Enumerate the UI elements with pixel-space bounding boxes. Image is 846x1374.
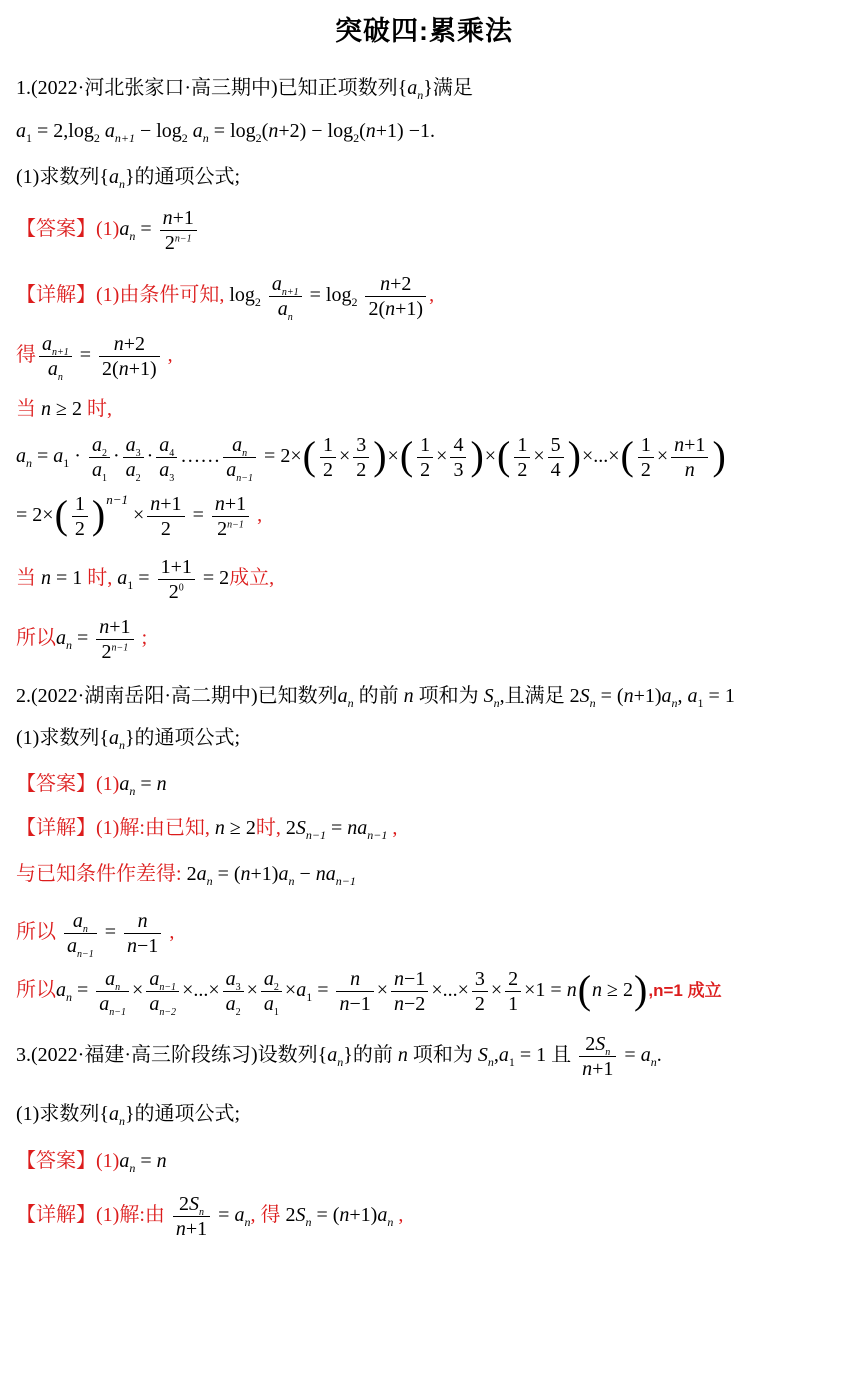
math-variable: a bbox=[16, 445, 26, 467]
fraction: nn−1 bbox=[124, 910, 161, 957]
math-variable: a bbox=[67, 935, 77, 957]
problem1-solution-step2: 得an+1an = n+22(n+1) , bbox=[16, 333, 832, 380]
text-run: × bbox=[533, 445, 544, 467]
math-variable: a bbox=[296, 979, 306, 1001]
problem2-product-formula: 所以an = anan−1×an−1an−2×...×a3a2×a2a1×a1 … bbox=[16, 968, 832, 1015]
math-variable: a bbox=[641, 1044, 651, 1066]
fraction: 54 bbox=[548, 434, 564, 481]
text-run: 3 bbox=[356, 434, 366, 456]
problem2-answer-line: 【答案】(1)an = n bbox=[16, 771, 832, 797]
subscript: 2 bbox=[255, 295, 261, 309]
fraction: n+12n−1 bbox=[96, 616, 133, 663]
math-variable: n bbox=[215, 493, 225, 515]
text-run: , bbox=[393, 1204, 403, 1226]
fraction-denominator: a2 bbox=[123, 458, 144, 481]
text-run: 项和为 bbox=[408, 1044, 478, 1066]
fraction-denominator: a3 bbox=[156, 458, 177, 481]
problem1-solution-step1: 【详解】(1)由条件可知, log2 an+1an = log2 n+22(n+… bbox=[16, 273, 832, 320]
fraction-denominator: an−1 bbox=[64, 934, 97, 957]
text-run: = ( bbox=[213, 863, 241, 885]
text-run: 【详解】(1)由条件可知, bbox=[16, 284, 229, 306]
big-paren: ( bbox=[400, 433, 413, 478]
math-variable: n bbox=[567, 979, 577, 1001]
math-variable: a bbox=[226, 993, 236, 1015]
fraction-denominator: n−1 bbox=[124, 934, 161, 957]
text-run: +1) bbox=[129, 358, 157, 380]
subscript: 2 bbox=[182, 131, 188, 145]
text-run: 2 bbox=[161, 518, 171, 540]
math-variable: a bbox=[226, 459, 236, 481]
fraction: 21 bbox=[505, 968, 521, 1015]
math-variable: a bbox=[119, 1150, 129, 1172]
fraction: n+12 bbox=[147, 493, 184, 540]
subscript: 1 bbox=[274, 1007, 279, 1018]
big-paren: ) bbox=[92, 492, 105, 537]
fraction-numerator: n+1 bbox=[671, 434, 708, 458]
fraction-numerator: 1 bbox=[320, 434, 336, 458]
text-run: { bbox=[318, 1044, 328, 1066]
fraction-denominator: an−1 bbox=[223, 458, 256, 481]
math-variable: a bbox=[234, 1204, 244, 1226]
fraction-numerator: 3 bbox=[472, 968, 488, 992]
fraction-numerator: n−1 bbox=[391, 968, 428, 992]
text-run: log bbox=[229, 284, 255, 306]
text-run: −1 bbox=[404, 968, 425, 990]
text-run: 3 bbox=[475, 968, 485, 990]
text-run: 与已知条件作差得: bbox=[16, 863, 187, 885]
fraction-numerator: 2 bbox=[505, 968, 521, 992]
big-paren: ( bbox=[578, 967, 591, 1012]
math-variable: n bbox=[624, 685, 634, 707]
text-run: × bbox=[132, 979, 143, 1001]
math-variable: a bbox=[99, 993, 109, 1015]
text-run: = bbox=[135, 218, 156, 240]
math-variable: a bbox=[149, 968, 159, 990]
fraction: an+1an bbox=[39, 333, 72, 380]
text-run: 2 bbox=[187, 863, 197, 885]
text-run: . bbox=[657, 1044, 662, 1066]
fraction: 1+120 bbox=[158, 556, 195, 603]
text-run: , bbox=[387, 817, 397, 839]
text-run: = bbox=[619, 1044, 640, 1066]
page-title: 突破四:累乘法 bbox=[16, 14, 832, 49]
text-run: 【详解】(1)解:由已知, bbox=[16, 817, 215, 839]
text-run: −1 bbox=[349, 993, 370, 1015]
text-run: = bbox=[326, 817, 347, 839]
fraction-denominator: an bbox=[39, 357, 72, 380]
fraction: n+1n bbox=[671, 434, 708, 481]
fraction-numerator: 4 bbox=[450, 434, 466, 458]
math-variable: n bbox=[41, 567, 51, 589]
fraction: a2a1 bbox=[261, 968, 282, 1015]
text-run: , bbox=[429, 284, 434, 306]
text-run: 1 bbox=[641, 434, 651, 456]
math-variable: a bbox=[126, 434, 136, 456]
text-run: , bbox=[164, 921, 174, 943]
text-run: × bbox=[339, 445, 350, 467]
text-run: 的通项公式; bbox=[135, 1103, 241, 1125]
text-run: 1.(2022·河北张家口·高三期中)已知正项数列 bbox=[16, 77, 398, 99]
text-run: +2 bbox=[390, 273, 411, 295]
text-run: = bbox=[312, 979, 333, 1001]
math-variable: S bbox=[478, 1044, 488, 1066]
text-run: 2.(2022·湖南岳阳·高二期中)已知数列 bbox=[16, 685, 338, 707]
fraction: 12 bbox=[638, 434, 654, 481]
subscript: 2 bbox=[136, 473, 141, 484]
text-run: − bbox=[294, 863, 315, 885]
math-variable: n bbox=[339, 1204, 349, 1226]
math-variable: S bbox=[580, 685, 590, 707]
text-run: 1 bbox=[323, 434, 333, 456]
fraction: 12 bbox=[72, 493, 88, 540]
problem1-question: (1)求数列{an}的通项公式; bbox=[16, 164, 832, 190]
text-run: 1 bbox=[75, 493, 85, 515]
text-run: +2 bbox=[124, 333, 145, 355]
text-run: , bbox=[252, 504, 262, 526]
problem1-conclusion: 所以an = n+12n−1 ; bbox=[16, 616, 832, 663]
math-variable: a bbox=[377, 1204, 387, 1226]
text-run: , 得 bbox=[250, 1204, 280, 1226]
fraction-denominator: 2(n+1) bbox=[365, 297, 426, 320]
subscript: n−2 bbox=[159, 1007, 176, 1018]
fraction: 12 bbox=[514, 434, 530, 481]
text-run: (1) bbox=[96, 218, 119, 240]
math-variable: a bbox=[56, 627, 66, 649]
text-run: (1)求数列 bbox=[16, 166, 99, 188]
fraction-denominator: a2 bbox=[223, 992, 244, 1015]
fraction-numerator: a4 bbox=[156, 434, 177, 458]
math-variable: n bbox=[163, 207, 173, 229]
text-run: 的前 bbox=[353, 1044, 398, 1066]
text-run: 2 bbox=[420, 459, 430, 481]
math-variable: a bbox=[16, 120, 26, 142]
text-run: = 1 bbox=[704, 685, 735, 707]
subscript: n bbox=[288, 312, 293, 323]
text-run: 3 bbox=[453, 459, 463, 481]
fraction: n+12n−1 bbox=[212, 493, 249, 540]
math-variable: n bbox=[366, 120, 376, 142]
math-variable: a bbox=[109, 166, 119, 188]
math-variable: n bbox=[339, 993, 349, 1015]
fraction-denominator: 1 bbox=[505, 992, 521, 1015]
text-run: 2 bbox=[179, 1193, 189, 1215]
text-run: (1) bbox=[96, 773, 119, 795]
math-variable: a bbox=[56, 979, 66, 1001]
text-run: 2( bbox=[368, 298, 385, 320]
text-run: 所以 bbox=[16, 921, 61, 943]
text-run: (1) bbox=[96, 1150, 119, 1172]
math-variable: a bbox=[92, 434, 102, 456]
math-variable: n bbox=[385, 298, 395, 320]
math-variable: S bbox=[295, 1204, 305, 1226]
subscript: n−1 bbox=[236, 473, 253, 484]
fraction: n+22(n+1) bbox=[99, 333, 160, 380]
superscript: n−1 bbox=[175, 233, 192, 244]
fraction-denominator: n+1 bbox=[579, 1057, 616, 1080]
text-run: 1+1 bbox=[161, 556, 192, 578]
text-run: = 1 bbox=[51, 567, 87, 589]
fraction-denominator: 2 bbox=[147, 517, 184, 540]
math-variable: na bbox=[316, 863, 336, 885]
fraction-numerator: an bbox=[64, 910, 97, 934]
text-run: = log bbox=[305, 284, 352, 306]
fraction: a2a1 bbox=[89, 434, 110, 481]
text-run: 2 bbox=[102, 641, 112, 663]
superscript: n−1 bbox=[112, 642, 129, 653]
text-run: (1)求数列 bbox=[16, 1103, 99, 1125]
problem2-solution-step2: 与已知条件作差得: 2an = (n+1)an − nan−1 bbox=[16, 861, 832, 887]
text-run: ,n=1 成立 bbox=[648, 981, 721, 1000]
fraction-numerator: n+1 bbox=[96, 616, 133, 640]
text-run: 成立, bbox=[229, 567, 274, 589]
text-run: +1) bbox=[634, 685, 662, 707]
problem3-answer-line: 【答案】(1)an = n bbox=[16, 1148, 832, 1174]
text-run: 3.(2022·福建·高三阶段练习)设数列 bbox=[16, 1044, 318, 1066]
text-run: 满足 bbox=[433, 77, 473, 99]
math-variable: a bbox=[232, 434, 242, 456]
text-run: × bbox=[285, 979, 296, 1001]
text-run: +1) −1 bbox=[376, 120, 430, 142]
text-run: ×...× bbox=[582, 445, 620, 467]
fraction-denominator: 2 bbox=[514, 458, 530, 481]
math-variable: a bbox=[327, 1044, 337, 1066]
text-run: …… bbox=[180, 445, 220, 467]
math-variable: n bbox=[150, 493, 160, 515]
math-variable: n bbox=[41, 398, 51, 420]
math-variable: a bbox=[278, 298, 288, 320]
fraction-numerator: a2 bbox=[261, 968, 282, 992]
fraction-numerator: n+2 bbox=[365, 273, 426, 297]
text-run: 2 bbox=[508, 968, 518, 990]
text-run: 2 bbox=[280, 1204, 295, 1226]
text-run: 2 bbox=[75, 518, 85, 540]
fraction: a4a3 bbox=[156, 434, 177, 481]
subscript: n−1 bbox=[109, 1007, 126, 1018]
math-variable: S bbox=[296, 817, 306, 839]
text-run: +1 bbox=[592, 1058, 613, 1080]
text-run: = 2, bbox=[32, 120, 68, 142]
math-variable: n bbox=[674, 434, 684, 456]
fraction-numerator: an+1 bbox=[39, 333, 72, 357]
fraction-numerator: an bbox=[96, 968, 129, 992]
fraction: an−1an−2 bbox=[146, 968, 179, 1015]
fraction-denominator: n−1 bbox=[336, 992, 373, 1015]
math-variable: a bbox=[109, 1103, 119, 1125]
text-run: 1 bbox=[420, 434, 430, 456]
text-run: ; bbox=[137, 627, 148, 649]
text-run: { bbox=[99, 727, 109, 749]
text-run: × bbox=[128, 504, 144, 526]
math-variable: n bbox=[582, 1058, 592, 1080]
problem1-case-n-ge-2: 当 n ≥ 2 时, bbox=[16, 396, 832, 422]
math-variable: n bbox=[99, 616, 109, 638]
text-run: (1)求数列 bbox=[16, 727, 99, 749]
fraction-numerator: 1 bbox=[417, 434, 433, 458]
math-variable: a bbox=[159, 459, 169, 481]
worksheet-page: 突破四:累乘法 1.(2022·河北张家口·高三期中)已知正项数列{an}满足 … bbox=[0, 0, 846, 1264]
fraction-numerator: n+1 bbox=[212, 493, 249, 517]
text-run: +1 bbox=[173, 207, 194, 229]
text-run: } bbox=[125, 727, 135, 749]
text-run: ×...× bbox=[182, 979, 220, 1001]
subscript: n−1 bbox=[336, 874, 356, 888]
problem1-given-formula: a1 = 2,log2 an+1 − log2 an = log2(n+2) −… bbox=[16, 118, 832, 144]
fraction: anan−1 bbox=[96, 968, 129, 1015]
fraction: 12 bbox=[417, 434, 433, 481]
superscript: n−1 bbox=[227, 519, 244, 530]
text-run: +1 bbox=[684, 434, 705, 456]
text-run: 的通项公式; bbox=[135, 166, 241, 188]
big-paren: ( bbox=[621, 433, 634, 478]
text-run: = bbox=[133, 567, 154, 589]
fraction-numerator: n+1 bbox=[160, 207, 197, 231]
math-variable: a bbox=[53, 445, 63, 467]
math-variable: a bbox=[193, 120, 203, 142]
text-run: } bbox=[125, 1103, 135, 1125]
text-run: ,且满足 2 bbox=[500, 685, 580, 707]
fraction: 2Snn+1 bbox=[579, 1033, 616, 1080]
text-run: × bbox=[388, 445, 399, 467]
fraction-denominator: a1 bbox=[261, 992, 282, 1015]
fraction-denominator: 2 bbox=[638, 458, 654, 481]
text-run: = bbox=[72, 627, 93, 649]
fraction-numerator: 2Sn bbox=[173, 1193, 210, 1217]
math-variable: a bbox=[278, 863, 288, 885]
math-variable: a bbox=[407, 77, 417, 99]
fraction-numerator: an+1 bbox=[269, 273, 302, 297]
text-run: 【详解】(1)解:由 bbox=[16, 1204, 170, 1226]
math-variable: n bbox=[176, 1218, 186, 1240]
math-variable: a bbox=[109, 727, 119, 749]
math-variable: a bbox=[126, 459, 136, 481]
math-variable: a bbox=[662, 685, 672, 707]
text-run: +1 bbox=[109, 616, 130, 638]
text-run: , bbox=[678, 685, 688, 707]
text-run: = 2 bbox=[198, 567, 229, 589]
text-run bbox=[261, 284, 266, 306]
text-run: . bbox=[430, 120, 435, 142]
problem1-heading: 1.(2022·河北张家口·高三期中)已知正项数列{an}满足 bbox=[16, 75, 832, 101]
text-run: −2 bbox=[404, 993, 425, 1015]
fraction-numerator: n+1 bbox=[147, 493, 184, 517]
math-variable: S bbox=[484, 685, 494, 707]
text-run: × bbox=[485, 445, 496, 467]
fraction-denominator: 2 bbox=[320, 458, 336, 481]
subscript: n−1 bbox=[77, 949, 94, 960]
subscript: 1 bbox=[102, 473, 107, 484]
text-run: = ( bbox=[596, 685, 624, 707]
fraction: anan−1 bbox=[223, 434, 256, 481]
text-run: 项和为 bbox=[414, 685, 484, 707]
subscript: n+1 bbox=[115, 131, 135, 145]
problem1-answer-line: 【答案】(1)an = n+12n−1 bbox=[16, 207, 832, 254]
fraction-numerator: 3 bbox=[353, 434, 369, 458]
text-run: = 2× bbox=[16, 504, 54, 526]
text-run: log bbox=[68, 120, 94, 142]
math-variable: a bbox=[149, 993, 159, 1015]
text-run: +1 bbox=[160, 493, 181, 515]
text-run: −1 bbox=[137, 935, 158, 957]
text-run: +1) bbox=[395, 298, 423, 320]
text-run: 4 bbox=[551, 459, 561, 481]
text-run: 所以 bbox=[16, 627, 56, 649]
text-run: · bbox=[69, 445, 86, 467]
fraction: 12 bbox=[320, 434, 336, 481]
math-variable: n bbox=[398, 1044, 408, 1066]
math-variable: a bbox=[159, 434, 169, 456]
fraction: a3a2 bbox=[223, 968, 244, 1015]
fraction-denominator: an−1 bbox=[96, 992, 129, 1015]
fraction-denominator: 2n−1 bbox=[160, 231, 197, 254]
text-run: 2 bbox=[217, 518, 227, 540]
text-run: +1) bbox=[349, 1204, 377, 1226]
text-run: { bbox=[99, 166, 109, 188]
big-paren: ) bbox=[634, 967, 647, 1012]
text-run: , bbox=[163, 344, 173, 366]
text-run: = ( bbox=[311, 1204, 339, 1226]
text-run: 时, bbox=[87, 567, 117, 589]
math-variable: n bbox=[119, 358, 129, 380]
math-variable: n bbox=[404, 685, 414, 707]
math-variable: S bbox=[595, 1033, 605, 1055]
big-paren: ( bbox=[55, 492, 68, 537]
text-run: } bbox=[343, 1044, 353, 1066]
fraction: nn−1 bbox=[336, 968, 373, 1015]
math-variable: a bbox=[688, 685, 698, 707]
math-variable: n bbox=[215, 817, 225, 839]
fraction-numerator: a3 bbox=[223, 968, 244, 992]
text-run bbox=[357, 284, 362, 306]
math-variable: na bbox=[347, 817, 367, 839]
text-run: ×...× bbox=[431, 979, 469, 1001]
fraction: n−1n−2 bbox=[391, 968, 428, 1015]
problem3-solution-step1: 【详解】(1)解:由 2Snn+1 = an, 得 2Sn = (n+1)an … bbox=[16, 1193, 832, 1240]
fraction: 43 bbox=[450, 434, 466, 481]
fraction-numerator: an−1 bbox=[146, 968, 179, 992]
text-run: 时, bbox=[87, 398, 112, 420]
math-variable: n bbox=[114, 333, 124, 355]
problem1-case-n-eq-1: 当 n = 1 时, a1 = 1+120 = 2成立, bbox=[16, 556, 832, 603]
fraction: 2Snn+1 bbox=[173, 1193, 210, 1240]
math-variable: a bbox=[338, 685, 348, 707]
text-run: 2 bbox=[323, 459, 333, 481]
fraction-denominator: 20 bbox=[158, 580, 195, 603]
fraction-numerator: 1+1 bbox=[158, 556, 195, 580]
fraction-numerator: 1 bbox=[514, 434, 530, 458]
big-paren: ) bbox=[568, 433, 581, 478]
text-run: 1 bbox=[508, 993, 518, 1015]
subscript: n−1 bbox=[367, 828, 387, 842]
fraction-denominator: 2 bbox=[472, 992, 488, 1015]
fraction-numerator: n+2 bbox=[99, 333, 160, 357]
fraction: 32 bbox=[353, 434, 369, 481]
superscript: n−1 bbox=[106, 492, 128, 507]
fraction-denominator: 2n−1 bbox=[212, 517, 249, 540]
problem2-question: (1)求数列{an}的通项公式; bbox=[16, 725, 832, 751]
text-run: 2 bbox=[356, 459, 366, 481]
fraction-denominator: a1 bbox=[89, 458, 110, 481]
big-paren: ( bbox=[303, 433, 316, 478]
text-run: 当 bbox=[16, 398, 41, 420]
fraction-denominator: an bbox=[269, 297, 302, 320]
big-paren: ) bbox=[470, 433, 483, 478]
text-run: = bbox=[75, 344, 96, 366]
superscript: 0 bbox=[179, 582, 184, 593]
subscript: 3 bbox=[169, 473, 174, 484]
math-variable: a bbox=[119, 773, 129, 795]
text-run: ×1 = bbox=[524, 979, 567, 1001]
text-run: = bbox=[32, 445, 53, 467]
